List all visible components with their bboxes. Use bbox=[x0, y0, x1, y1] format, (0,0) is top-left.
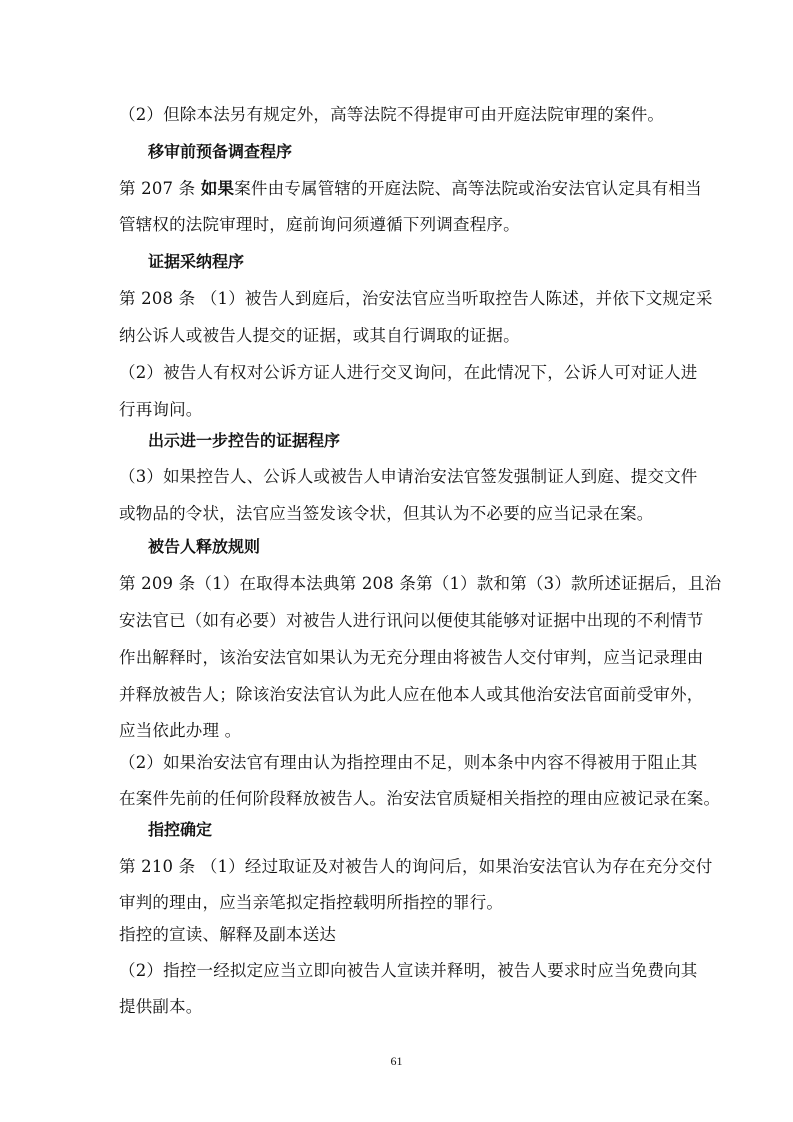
paragraph-line: （2）但除本法另有规定外，高等法院不得提审可由开庭法院审理的案件。 bbox=[119, 104, 664, 126]
paragraph-line: 行再询问。 bbox=[119, 399, 203, 421]
paragraph-line: 提供副本。 bbox=[119, 996, 203, 1018]
document-page: （2）但除本法另有规定外，高等法院不得提审可由开庭法院审理的案件。 移审前预备调… bbox=[0, 0, 793, 1122]
section-heading: 移审前预备调查程序 bbox=[148, 141, 292, 163]
paragraph-line: （3）如果控告人、公诉人或被告人申请治安法官签发强制证人到庭、提交文件 bbox=[119, 466, 698, 488]
section-heading: 证据采纳程序 bbox=[148, 251, 244, 273]
page-number: 61 bbox=[0, 1053, 793, 1069]
line-text: 案件由专属管辖的开庭法院、高等法院或治安法官认定具有相当 bbox=[234, 179, 702, 198]
paragraph-line: 在案件先前的任何阶段释放被告人。治安法官质疑相关指控的理由应被记录在案。 bbox=[119, 788, 720, 810]
paragraph-line: 纳公诉人或被告人提交的证据，或其自行调取的证据。 bbox=[119, 325, 520, 347]
paragraph-line: 第 209 条（1）在取得本法典第 208 条第（1）款和第（3）款所述证据后，… bbox=[119, 573, 721, 595]
paragraph-line: 指控的宣读、解释及副本送达 bbox=[119, 924, 336, 946]
paragraph-line: 第 208 条 （1）被告人到庭后，治安法官应当听取控告人陈述，并依下文规定采 bbox=[119, 288, 713, 310]
paragraph-line: 第 207 条 如果案件由专属管辖的开庭法院、高等法院或治安法官认定具有相当 bbox=[119, 178, 702, 200]
paragraph-line: （2）如果治安法官有理由认为指控理由不足，则本条中内容不得被用于阻止其 bbox=[119, 752, 698, 774]
paragraph-line: 作出解释时，该治安法官如果认为无充分理由将被告人交付审判，应当记录理由 bbox=[119, 647, 704, 669]
section-heading: 出示进一步控告的证据程序 bbox=[148, 430, 340, 452]
paragraph-line: （2）指控一经拟定应当立即向被告人宣读并释明，被告人要求时应当免费向其 bbox=[119, 960, 698, 982]
paragraph-line: （2）被告人有权对公诉方证人进行交叉询问，在此情况下，公诉人可对证人进 bbox=[119, 362, 698, 384]
section-heading: 指控确定 bbox=[148, 819, 212, 841]
paragraph-line: 第 210 条 （1）经过取证及对被告人的询问后，如果治安法官认为存在充分交付 bbox=[119, 856, 713, 878]
paragraph-line: 或物品的令状，法官应当签发该令状，但其认为不必要的应当记录在案。 bbox=[119, 503, 653, 525]
section-heading: 被告人释放规则 bbox=[148, 536, 260, 558]
bold-text: 如果 bbox=[201, 179, 234, 198]
article-number: 第 207 条 bbox=[119, 179, 201, 198]
paragraph-line: 安法官已（如有必要）对被告人进行讯问以便使其能够对证据中出现的不利情节 bbox=[119, 610, 704, 632]
paragraph-line: 审判的理由，应当亲笔拟定指控载明所指控的罪行。 bbox=[119, 892, 503, 914]
paragraph-line: 并释放被告人；除该治安法官认为此人应在他本人或其他治安法官面前受审外， bbox=[119, 684, 704, 706]
paragraph-line: 管辖权的法院审理时，庭前询问须遵循下列调查程序。 bbox=[119, 214, 520, 236]
paragraph-line: 应当依此办理 。 bbox=[119, 720, 241, 742]
